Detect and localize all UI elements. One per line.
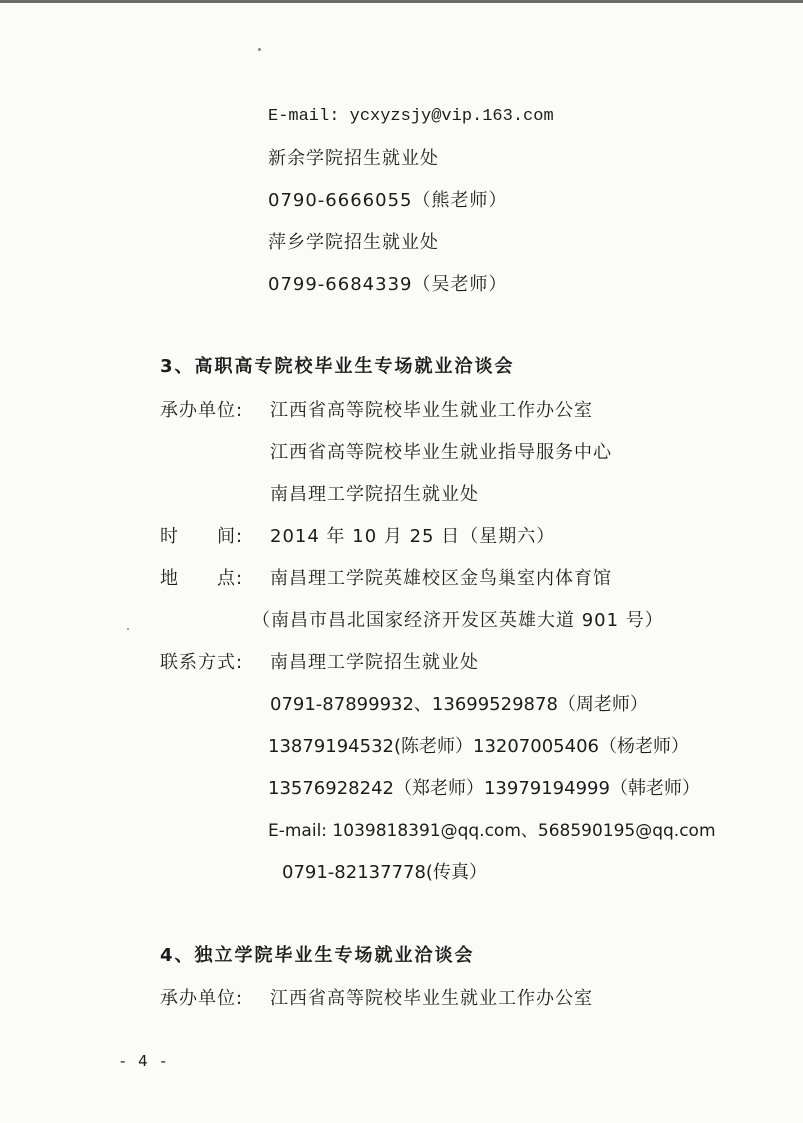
section3-contact-email: E-mail: 1039818391@qq.com、568590195@qq.c… — [268, 820, 716, 842]
prev-contact-org-1: 新余学院招生就业处 — [268, 148, 439, 170]
prev-contact-phone-2: 0799-6684339（吴老师） — [268, 274, 507, 296]
section3-organizer-label: 承办单位: — [160, 400, 243, 422]
page-number: - 4 - — [120, 1052, 170, 1070]
section3-contact-label: 联系方式: — [160, 652, 243, 674]
section3-place-label: 地 点: — [160, 568, 243, 590]
section3-place-address: （南昌市昌北国家经济开发区英雄大道 901 号） — [252, 610, 664, 632]
section3-organizer-3: 南昌理工学院招生就业处 — [270, 484, 479, 506]
section3-title: 3、高职高专院校毕业生专场就业洽谈会 — [160, 356, 515, 378]
section4-organizer-label: 承办单位: — [160, 988, 243, 1010]
section3-organizer-2: 江西省高等院校毕业生就业指导服务中心 — [270, 442, 612, 464]
section3-contact-line-2: 13879194532(陈老师）13207005406（杨老师） — [268, 736, 689, 758]
section3-time-label: 时 间: — [160, 526, 243, 548]
section3-organizer-1: 江西省高等院校毕业生就业工作办公室 — [270, 400, 593, 422]
prev-email-line: E-mail: ycxyzsjy@vip.163.com — [268, 106, 554, 128]
section4-title: 4、独立学院毕业生专场就业洽谈会 — [160, 945, 475, 967]
section3-time-value: 2014 年 10 月 25 日（星期六） — [270, 526, 555, 548]
section3-contact-org: 南昌理工学院招生就业处 — [270, 652, 479, 674]
prev-contact-org-2: 萍乡学院招生就业处 — [268, 232, 439, 254]
section3-contact-line-3: 13576928242（郑老师）13979194999（韩老师） — [268, 778, 700, 800]
section3-contact-line-1: 0791-87899932、13699529878（周老师） — [270, 694, 648, 716]
scan-top-edge — [0, 0, 803, 3]
section3-contact-fax: 0791-82137778(传真） — [282, 862, 487, 884]
prev-contact-phone-1: 0790-6666055（熊老师） — [268, 190, 507, 212]
section3-place-value: 南昌理工学院英雄校区金鸟巢室内体育馆 — [270, 568, 612, 590]
scan-speck — [127, 628, 129, 630]
scan-speck — [258, 48, 261, 51]
section4-organizer-1: 江西省高等院校毕业生就业工作办公室 — [270, 988, 593, 1010]
